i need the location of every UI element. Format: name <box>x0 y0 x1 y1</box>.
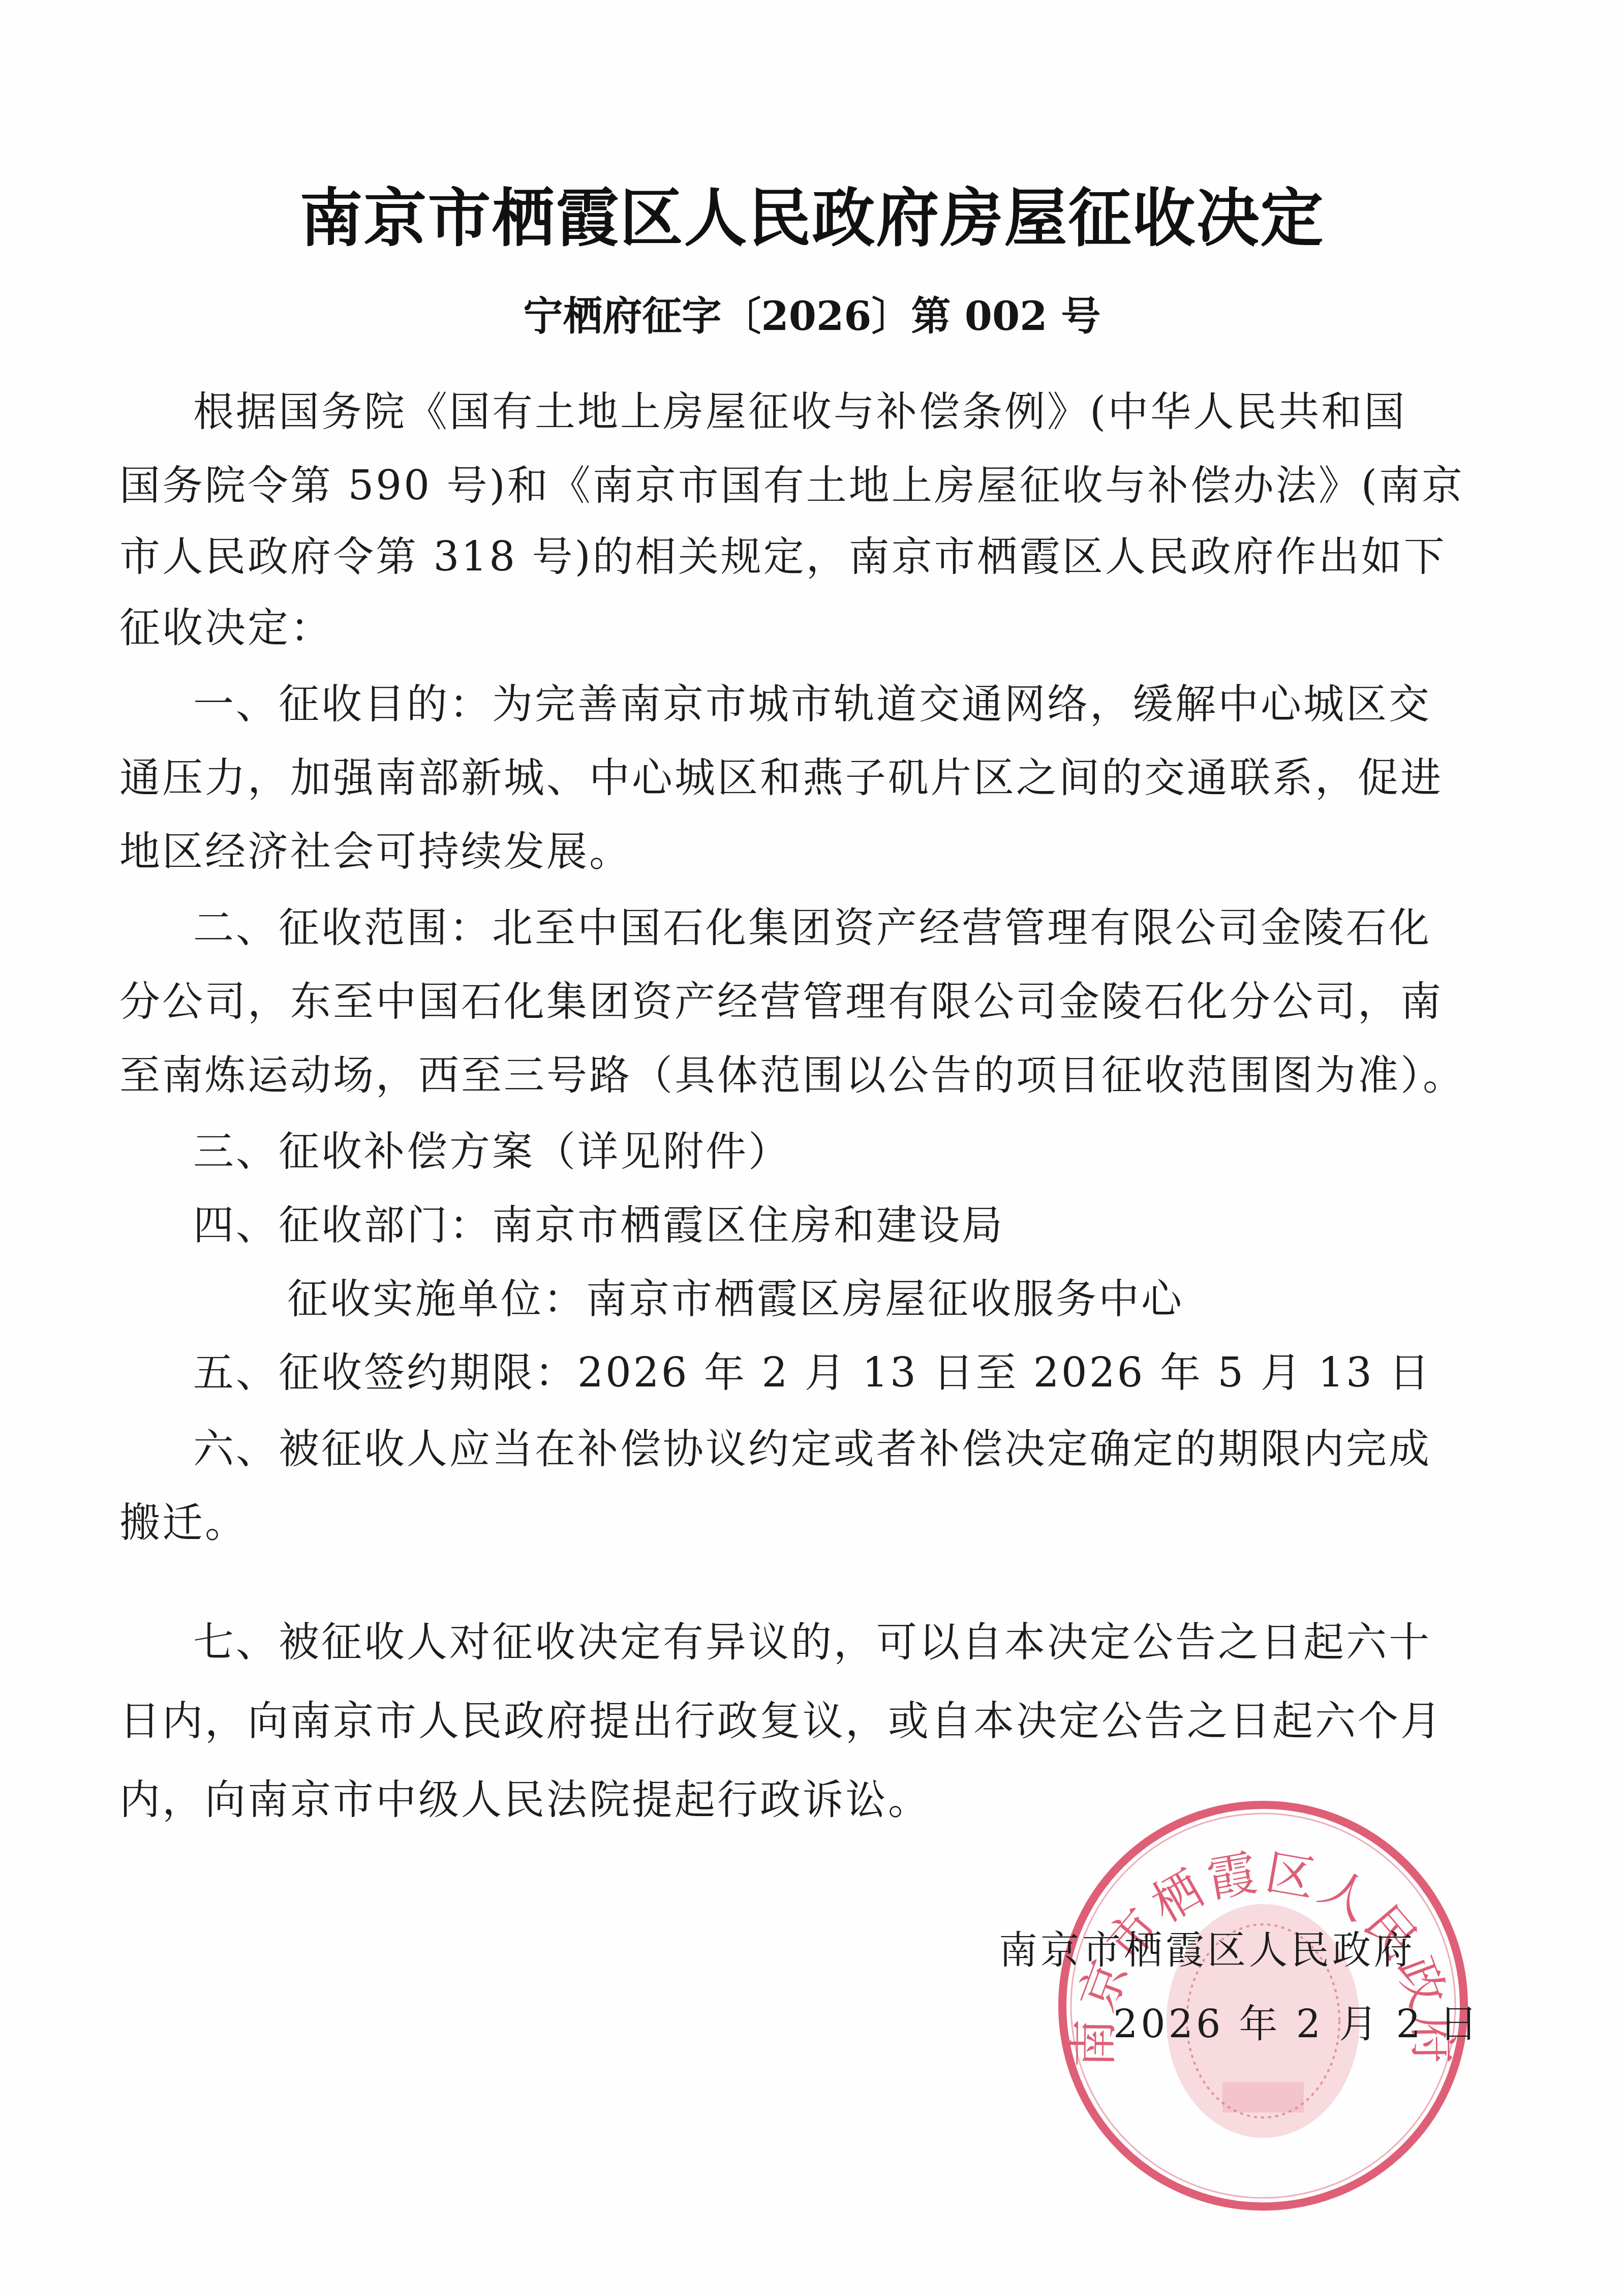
body-line: 征收决定： <box>119 595 333 653</box>
body-line: 市人民政府令第 318 号)的相关规定，南京市栖霞区人民政府作出如下 <box>119 524 1447 582</box>
section-1-line: 地区经济社会可持续发展。 <box>119 819 632 877</box>
section-5-line: 五、征收签约期限：2026 年 2 月 13 日至 2026 年 5 月 13 … <box>193 1340 1431 1398</box>
section-7-line: 七、被征收人对征收决定有异议的，可以自本决定公告之日起六十 <box>193 1609 1431 1668</box>
document-page: 南京市栖霞区人民政府房屋征收决定 宁栖府征字〔2026〕第 002 号 根据国务… <box>0 0 1624 2295</box>
section-7-line: 日内，向南京市人民政府提出行政复议，或自本决定公告之日起六个月 <box>119 1688 1443 1746</box>
issue-date: 2026 年 2 月 2 日 <box>1113 1993 1481 2048</box>
section-6-line: 搬迁。 <box>119 1490 248 1548</box>
section-4-implementer-line: 征收实施单位：南京市栖霞区房屋征收服务中心 <box>287 1266 1184 1324</box>
section-7-line: 内，向南京市中级人民法院提起行政诉讼。 <box>119 1767 931 1825</box>
section-4-line: 四、征收部门：南京市栖霞区住房和建设局 <box>193 1192 1004 1251</box>
document-number: 宁栖府征字〔2026〕第 002 号 <box>0 285 1624 342</box>
body-line: 根据国务院《国有土地上房屋征收与补偿条例》(中华人民共和国 <box>193 379 1406 437</box>
section-2-line: 二、征收范围：北至中国石化集团资产经营管理有限公司金陵石化 <box>193 895 1431 953</box>
section-6-line: 六、被征收人应当在补偿协议约定或者补偿决定确定的期限内完成 <box>193 1416 1431 1474</box>
section-1-line: 通压力，加强南部新城、中心城区和燕子矶片区之间的交通联系，促进 <box>119 745 1443 803</box>
section-2-line: 分公司，东至中国石化集团资产经营管理有限公司金陵石化分公司，南 <box>119 969 1443 1027</box>
document-title: 南京市栖霞区人民政府房屋征收决定 <box>0 168 1624 258</box>
issuer-name: 南京市栖霞区人民政府 <box>999 1919 1416 1975</box>
section-1-line: 一、征收目的：为完善南京市城市轨道交通网络，缓解中心城区交 <box>193 671 1431 730</box>
section-3-line: 三、征收补偿方案（详见附件） <box>193 1119 791 1177</box>
body-line: 国务院令第 590 号)和《南京市国有土地上房屋征收与补偿办法》(南京 <box>119 452 1464 511</box>
section-2-line: 至南炼运动场，西至三号路（具体范围以公告的项目征收范围图为准）。 <box>119 1042 1465 1101</box>
